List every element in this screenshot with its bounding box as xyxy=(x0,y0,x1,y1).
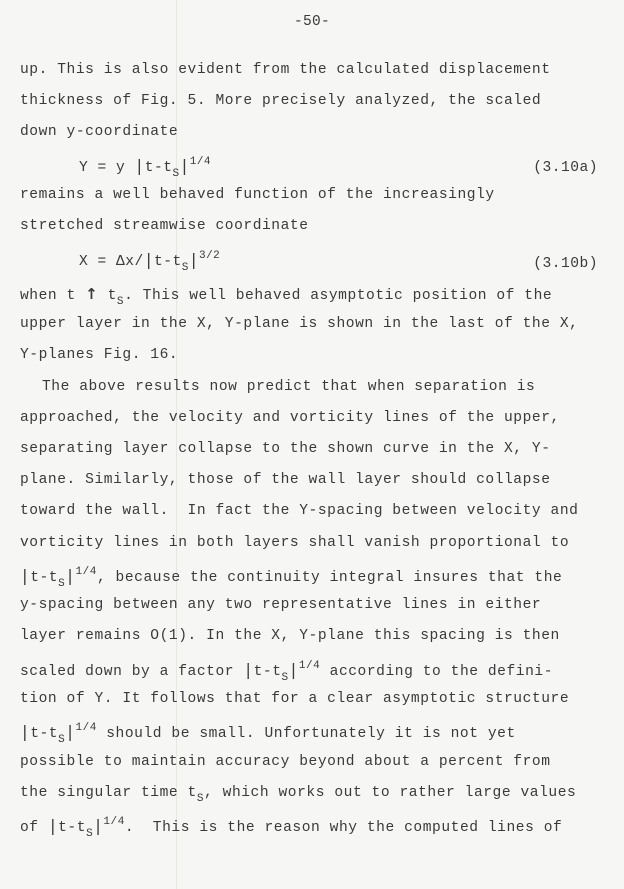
text-line: |t-tS|1/4, because the continuity integr… xyxy=(20,566,562,586)
page-number: -50- xyxy=(0,14,624,30)
equation-label-3-10b: (3.10b) xyxy=(533,256,598,272)
text-line: toward the wall. In fact the Y-spacing b… xyxy=(20,503,578,519)
text-line: thickness of Fig. 5. More precisely anal… xyxy=(20,93,541,109)
text-line: y-spacing between any two representative… xyxy=(20,597,541,613)
text-line: approached, the velocity and vorticity l… xyxy=(20,410,560,426)
up-arrow-icon: ↑ xyxy=(85,285,98,303)
text-line: up. This is also evident from the calcul… xyxy=(20,62,551,78)
text-line: remains a well behaved function of the i… xyxy=(20,187,495,203)
text-line: of |t-tS|1/4. This is the reason why the… xyxy=(20,816,562,836)
text-line: scaled down by a factor |t-tS|1/4 accord… xyxy=(20,660,553,680)
text-line: down y-coordinate xyxy=(20,124,178,140)
text-line: separating layer collapse to the shown c… xyxy=(20,441,551,457)
equation-label-3-10a: (3.10a) xyxy=(533,160,598,176)
text-line: the singular time tS, which works out to… xyxy=(20,785,576,801)
text-line: possible to maintain accuracy beyond abo… xyxy=(20,754,551,770)
text-line: layer remains O(1). In the X, Y-plane th… xyxy=(20,628,560,644)
document-page: -50- up. This is also evident from the c… xyxy=(0,0,624,889)
text-line: stretched streamwise coordinate xyxy=(20,218,309,234)
text-line: upper layer in the X, Y-plane is shown i… xyxy=(20,316,578,332)
equation-3-10b: X = Δx/|t-tS|3/2 xyxy=(79,250,220,270)
text-line: plane. Similarly, those of the wall laye… xyxy=(20,472,551,488)
text-line: Y-planes Fig. 16. xyxy=(20,347,178,363)
text-line: vorticity lines in both layers shall van… xyxy=(20,535,569,551)
equation-3-10a: Y = y |t-tS|1/4 xyxy=(79,156,211,176)
text-line: when t ↑ tS. This well behaved asymptoti… xyxy=(20,285,552,304)
paragraph-start: The above results now predict that when … xyxy=(42,379,535,395)
text-line: tion of Y. It follows that for a clear a… xyxy=(20,691,569,707)
text-line: |t-tS|1/4 should be small. Unfortunately… xyxy=(20,722,516,742)
